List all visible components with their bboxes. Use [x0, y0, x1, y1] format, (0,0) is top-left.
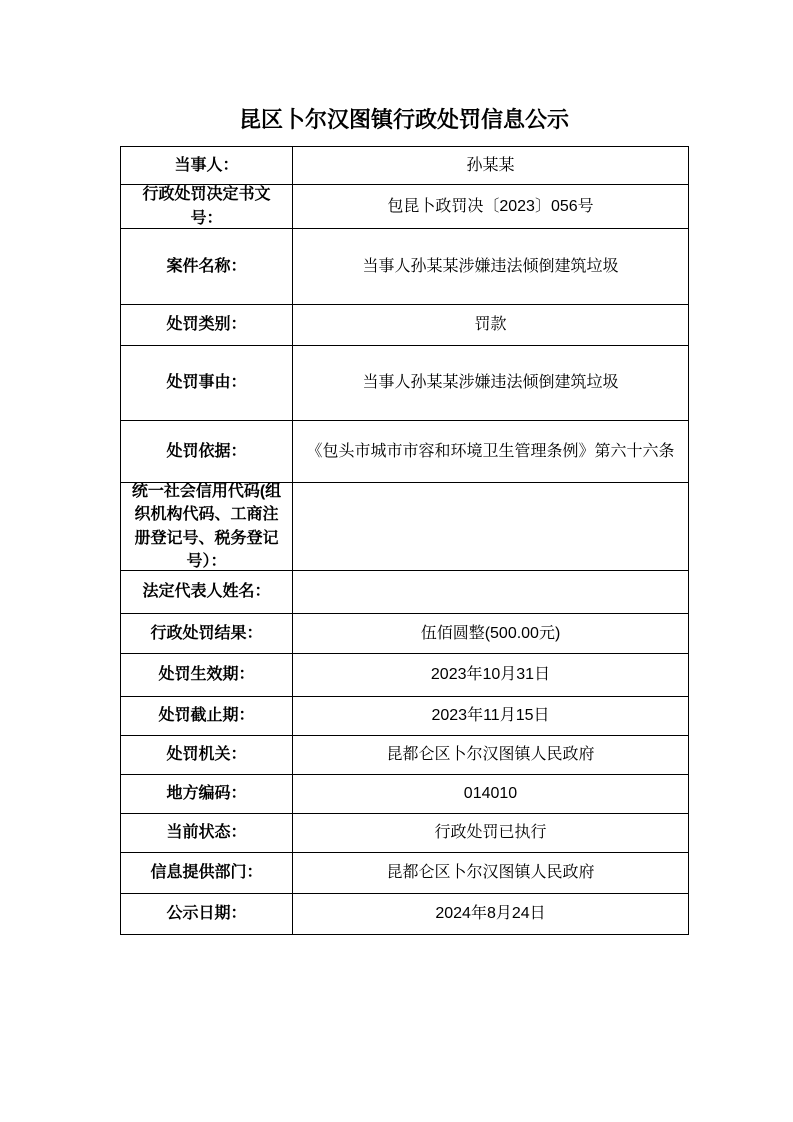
- row-value-providing-department: 昆都仑区卜尔汉图镇人民政府: [293, 853, 688, 893]
- row-value-current-status: 行政处罚已执行: [293, 814, 688, 852]
- row-label-penalty-reason: 处罚事由：: [121, 346, 293, 420]
- row-value-penalty-category: 罚款: [293, 305, 688, 345]
- row-label-decision-doc-number: 行政处罚决定书文号：: [121, 185, 293, 228]
- table-row-local-code: 地方编码： 014010: [121, 775, 688, 814]
- row-value-deadline-date: 2023年11月15日: [293, 697, 688, 735]
- row-label-penalty-category: 处罚类别：: [121, 305, 293, 345]
- row-label-penalty-result: 行政处罚结果：: [121, 614, 293, 653]
- document-page: 昆区卜尔汉图镇行政处罚信息公示 当事人： 孙某某 行政处罚决定书文号： 包昆卜政…: [0, 0, 793, 1122]
- row-label-penalty-authority: 处罚机关：: [121, 736, 293, 774]
- row-label-deadline-date: 处罚截止期：: [121, 697, 293, 735]
- row-label-penalty-basis: 处罚依据：: [121, 421, 293, 482]
- table-row-publicity-date: 公示日期： 2024年8月24日: [121, 894, 688, 934]
- row-value-party: 孙某某: [293, 147, 688, 184]
- penalty-info-table: 当事人： 孙某某 行政处罚决定书文号： 包昆卜政罚决〔2023〕056号 案件名…: [120, 146, 689, 935]
- row-label-local-code: 地方编码：: [121, 775, 293, 813]
- row-value-decision-doc-number: 包昆卜政罚决〔2023〕056号: [293, 185, 688, 228]
- table-row-legal-representative: 法定代表人姓名：: [121, 571, 688, 614]
- row-label-current-status: 当前状态：: [121, 814, 293, 852]
- row-label-effective-date: 处罚生效期：: [121, 654, 293, 696]
- page-title: 昆区卜尔汉图镇行政处罚信息公示: [120, 106, 688, 134]
- table-row-deadline-date: 处罚截止期： 2023年11月15日: [121, 697, 688, 736]
- table-row-party: 当事人： 孙某某: [121, 147, 688, 185]
- table-row-credit-code: 统一社会信用代码(组织机构代码、工商注册登记号、税务登记号）：: [121, 483, 688, 571]
- table-row-current-status: 当前状态： 行政处罚已执行: [121, 814, 688, 853]
- table-row-effective-date: 处罚生效期： 2023年10月31日: [121, 654, 688, 697]
- table-row-providing-department: 信息提供部门： 昆都仑区卜尔汉图镇人民政府: [121, 853, 688, 894]
- row-value-case-name: 当事人孙某某涉嫌违法倾倒建筑垃圾: [293, 229, 688, 304]
- row-value-penalty-result: 伍佰圆整(500.00元): [293, 614, 688, 653]
- row-label-providing-department: 信息提供部门：: [121, 853, 293, 893]
- table-row-penalty-reason: 处罚事由： 当事人孙某某涉嫌违法倾倒建筑垃圾: [121, 346, 688, 421]
- table-row-decision-doc-number: 行政处罚决定书文号： 包昆卜政罚决〔2023〕056号: [121, 185, 688, 229]
- row-value-penalty-basis: 《包头市城市市容和环境卫生管理条例》第六十六条: [293, 421, 688, 482]
- row-label-case-name: 案件名称：: [121, 229, 293, 304]
- row-value-effective-date: 2023年10月31日: [293, 654, 688, 696]
- row-value-publicity-date: 2024年8月24日: [293, 894, 688, 934]
- row-value-local-code: 014010: [293, 775, 688, 813]
- table-row-penalty-result: 行政处罚结果： 伍佰圆整(500.00元): [121, 614, 688, 654]
- row-value-legal-representative: [293, 571, 688, 613]
- row-value-credit-code: [293, 483, 688, 570]
- table-row-penalty-authority: 处罚机关： 昆都仑区卜尔汉图镇人民政府: [121, 736, 688, 775]
- row-value-penalty-reason: 当事人孙某某涉嫌违法倾倒建筑垃圾: [293, 346, 688, 420]
- table-row-penalty-category: 处罚类别： 罚款: [121, 305, 688, 346]
- row-value-penalty-authority: 昆都仑区卜尔汉图镇人民政府: [293, 736, 688, 774]
- table-row-penalty-basis: 处罚依据： 《包头市城市市容和环境卫生管理条例》第六十六条: [121, 421, 688, 483]
- row-label-credit-code: 统一社会信用代码(组织机构代码、工商注册登记号、税务登记号）：: [121, 483, 293, 570]
- row-label-publicity-date: 公示日期：: [121, 894, 293, 934]
- table-row-case-name: 案件名称： 当事人孙某某涉嫌违法倾倒建筑垃圾: [121, 229, 688, 305]
- row-label-legal-representative: 法定代表人姓名：: [121, 571, 293, 613]
- row-label-party: 当事人：: [121, 147, 293, 184]
